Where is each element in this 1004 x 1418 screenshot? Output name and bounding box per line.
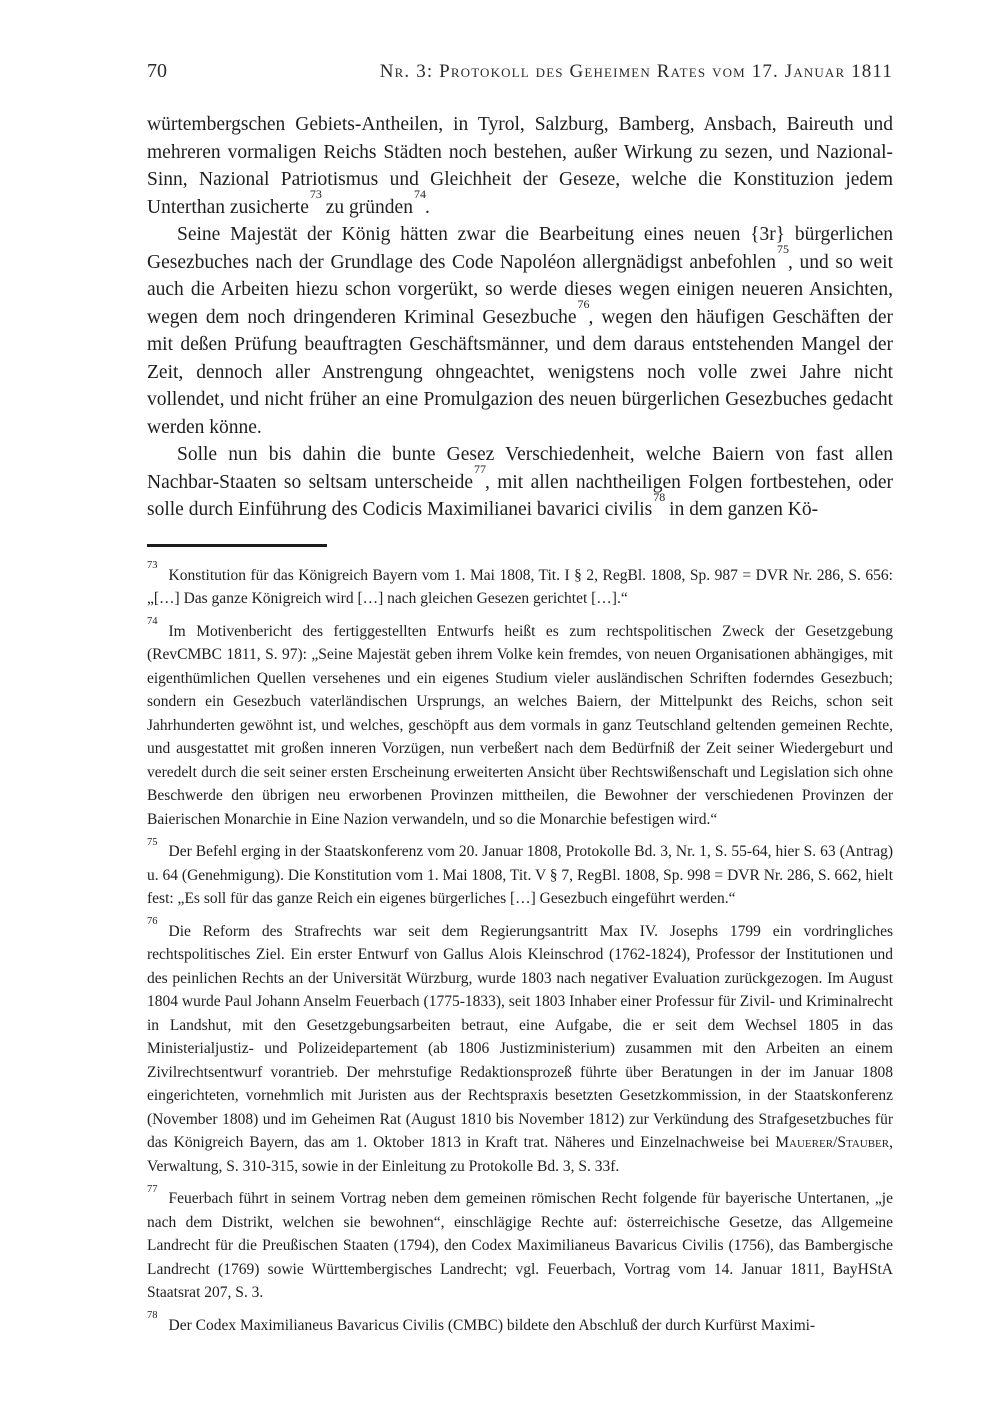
footnote-reference: 77 — [474, 462, 486, 476]
footnote-number: 75 — [147, 837, 158, 848]
footnote-73: 73Konstitution für das Königreich Bayern… — [147, 564, 893, 611]
footnote-text: Der Codex Maximilianeus Bavaricus Civili… — [169, 1317, 816, 1334]
footnote-reference: 73 — [310, 187, 322, 201]
footnote-reference: 74 — [414, 187, 426, 201]
footnote-number: 74 — [147, 616, 158, 627]
footnote-78: 78Der Codex Maximilianeus Bavaricus Civi… — [147, 1314, 893, 1338]
footnote-number: 76 — [147, 916, 158, 927]
running-header-title: Nr. 3: Protokoll des Geheimen Rates vom … — [380, 61, 893, 83]
footnote-75: 75Der Befehl erging in der Staatskonfere… — [147, 840, 893, 911]
footnote-text: Konstitution für das Königreich Bayern v… — [147, 567, 893, 608]
footnote-reference: 75 — [777, 242, 789, 256]
paragraph-2: Seine Majestät der König hätten zwar die… — [147, 221, 893, 441]
footnote-text: Die Reform des Strafrechts war seit dem … — [147, 923, 893, 1175]
paragraph-continuation: würtembergschen Gebiets-Antheilen, in Ty… — [147, 111, 893, 221]
footnote-text: Im Motivenbericht des fertiggestellten E… — [147, 623, 893, 828]
running-header: 70 Nr. 3: Protokoll des Geheimen Rates v… — [147, 60, 893, 83]
footnote-number: 73 — [147, 560, 158, 571]
footnote-text: Feuerbach führt in seinem Vortrag neben … — [147, 1190, 893, 1301]
footnote-separator-rule — [147, 544, 327, 547]
footnote-reference: 78 — [653, 490, 665, 504]
paragraph-3: Solle nun bis dahin die bunte Gesez Vers… — [147, 441, 893, 524]
footnote-74: 74Im Motivenbericht des fertiggestellten… — [147, 620, 893, 832]
footnote-text: Der Befehl erging in der Staatskonferenz… — [147, 843, 893, 907]
footnote-76: 76Die Reform des Strafrechts war seit de… — [147, 920, 893, 1179]
body-text: würtembergschen Gebiets-Antheilen, in Ty… — [147, 111, 893, 524]
footnotes-section: 73Konstitution für das Königreich Bayern… — [147, 564, 893, 1338]
footnote-number: 77 — [147, 1184, 158, 1195]
page-number: 70 — [147, 60, 167, 83]
small-caps-name: Mauerer — [775, 1134, 833, 1151]
document-page: 70 Nr. 3: Protokoll des Geheimen Rates v… — [0, 0, 1004, 1337]
footnote-reference: 76 — [578, 297, 590, 311]
small-caps-name: Stauber — [837, 1134, 889, 1151]
footnote-number: 78 — [147, 1310, 158, 1321]
footnote-77: 77Feuerbach führt in seinem Vortrag nebe… — [147, 1187, 893, 1305]
